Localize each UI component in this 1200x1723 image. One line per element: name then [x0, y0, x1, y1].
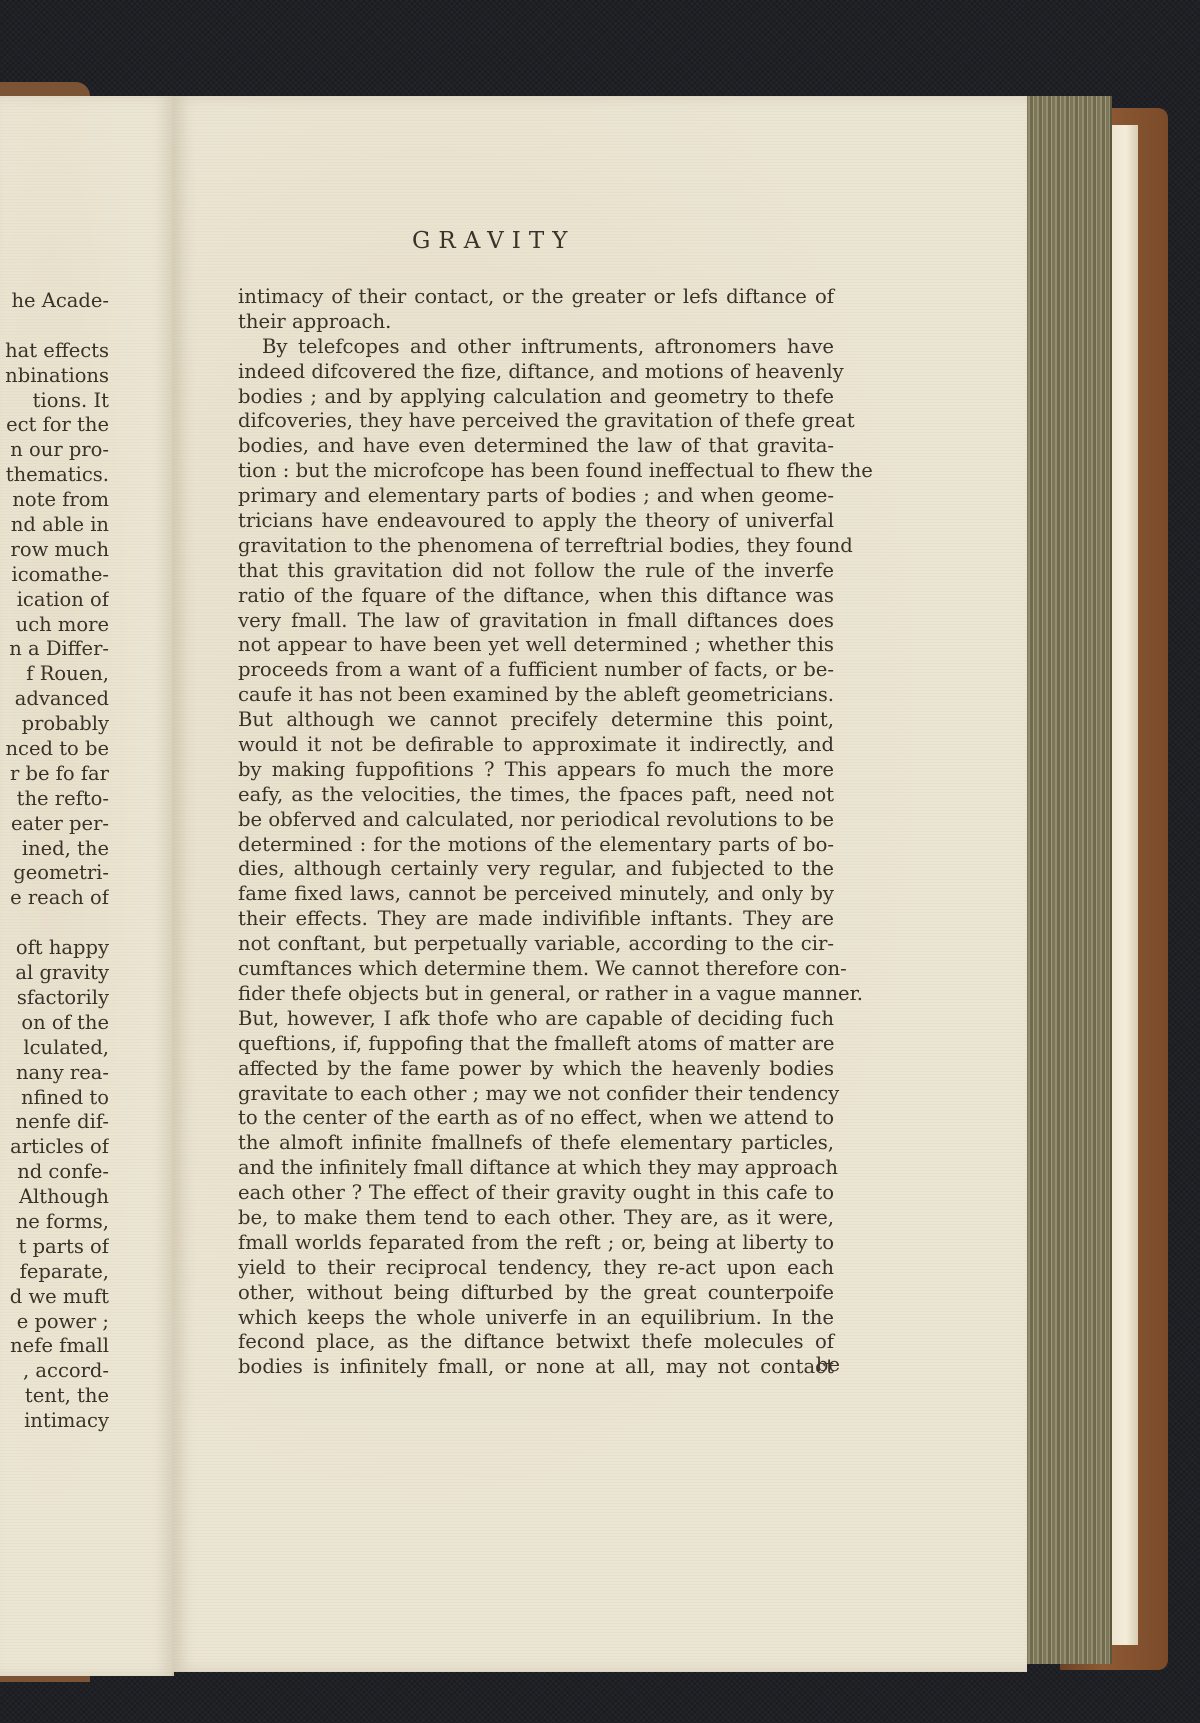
endpaper-edge — [1108, 125, 1138, 1645]
text-line: that this gravitation did not follow the… — [238, 559, 834, 584]
text-line: to the center of the earth as of no effe… — [238, 1106, 834, 1131]
left-page-line: nbinations — [0, 364, 109, 389]
text-line: dies, although certainly very regular, a… — [238, 857, 834, 882]
left-page-line: nced to be — [0, 737, 109, 762]
text-line: would it not be defirable to approximate… — [238, 733, 834, 758]
text-line: indeed difcovered the fize, diftance, an… — [238, 360, 834, 385]
left-page-line: hat effects — [0, 339, 109, 364]
text-line: bodies ; and by applying calculation and… — [238, 385, 834, 410]
text-line: cumftances which determine them. We cann… — [238, 957, 834, 982]
text-line: the almoft infinite fmallnefs of thefe e… — [238, 1131, 834, 1156]
left-page-line: Although — [0, 1185, 109, 1210]
left-page-line: nd confe- — [0, 1160, 109, 1185]
left-page-line: on of the — [0, 1011, 109, 1036]
left-page-line: ined, the — [0, 837, 109, 862]
text-line: affected by the fame power by which the … — [238, 1057, 834, 1082]
text-line: by making fuppofitions ? This appears fo… — [238, 758, 834, 783]
left-page-line: lculated, — [0, 1036, 109, 1061]
text-line: their approach. — [238, 310, 834, 335]
page-stack-edge — [1025, 96, 1112, 1664]
text-line: intimacy of their contact, or the greate… — [238, 285, 834, 310]
left-page-line: advanced — [0, 687, 109, 712]
left-page-line: uch more — [0, 613, 109, 638]
left-page-line: tions. It — [0, 389, 109, 414]
text-line: primary and elementary parts of bodies ;… — [238, 484, 834, 509]
left-page-line: t parts of — [0, 1235, 109, 1260]
left-page-line: n a Differ- — [0, 637, 109, 662]
left-page-line: n our pro- — [0, 438, 109, 463]
running-head: GRAVITY — [412, 228, 712, 254]
text-line: other, without being difturbed by the gr… — [238, 1281, 834, 1306]
left-page-line: al gravity — [0, 961, 109, 986]
text-line: bodies, and have even determined the law… — [238, 434, 834, 459]
left-page-line: icomathe- — [0, 563, 109, 588]
text-line: fame fixed laws, cannot be perceived min… — [238, 882, 834, 907]
left-page-line: nefe fmall — [0, 1334, 109, 1359]
body-text: intimacy of their contact, or the greate… — [238, 285, 834, 1380]
text-line: eafy, as the velocities, the times, the … — [238, 783, 834, 808]
left-page-line: feparate, — [0, 1260, 109, 1285]
text-line: fider thefe objects but in general, or r… — [238, 982, 834, 1007]
left-page-line: intimacy — [0, 1409, 109, 1434]
left-page-line: row much — [0, 538, 109, 563]
text-line: not appear to have been yet well determi… — [238, 633, 834, 658]
text-line: very fmall. The law of gravitation in fm… — [238, 609, 834, 634]
left-page-line — [0, 314, 109, 339]
text-line: and the infinitely fmall diftance at whi… — [238, 1156, 834, 1181]
left-page-line: nany rea- — [0, 1061, 109, 1086]
left-page-line: the refto- — [0, 787, 109, 812]
left-page-line: , accord- — [0, 1359, 109, 1384]
left-page-line: oft happy — [0, 936, 109, 961]
text-line: be obferved and calculated, nor periodic… — [238, 808, 834, 833]
left-page-line: eater per- — [0, 812, 109, 837]
text-line: their effects. They are made indivifible… — [238, 907, 834, 932]
text-line: each other ? The effect of their gravity… — [238, 1181, 834, 1206]
text-line: gravitate to each other ; may we not con… — [238, 1082, 834, 1107]
text-line: tion : but the microfcope has been found… — [238, 459, 834, 484]
text-line: By telefcopes and other inftruments, aft… — [238, 335, 834, 360]
left-page-line: e power ; — [0, 1310, 109, 1335]
catchword: be — [780, 1353, 840, 1376]
text-line: not conftant, but perpetually variable, … — [238, 932, 834, 957]
left-page-line: thematics. — [0, 463, 109, 488]
left-page-line: tent, the — [0, 1384, 109, 1409]
text-line: fmall worlds feparated from the reft ; o… — [238, 1231, 834, 1256]
text-line: difcoveries, they have perceived the gra… — [238, 409, 834, 434]
left-page-line: ication of — [0, 588, 109, 613]
left-page-text: he Acade-hat effectsnbinationstions. Ite… — [0, 289, 109, 1434]
text-line: determined : for the motions of the elem… — [238, 833, 834, 858]
left-page-line: ect for the — [0, 413, 109, 438]
left-page-line: d we muft — [0, 1285, 109, 1310]
left-page-line: sfactorily — [0, 986, 109, 1011]
text-line: proceeds from a want of a fufficient num… — [238, 658, 834, 683]
text-line: ratio of the fquare of the diftance, whe… — [238, 584, 834, 609]
text-line: queftions, if, fuppofing that the fmalle… — [238, 1032, 834, 1057]
left-page-line: r be fo far — [0, 762, 109, 787]
left-page-line — [0, 911, 109, 936]
text-line: fecond place, as the diftance betwixt th… — [238, 1330, 834, 1355]
left-page-line: he Acade- — [0, 289, 109, 314]
left-page-line: e reach of — [0, 886, 109, 911]
left-page-line: articles of — [0, 1135, 109, 1160]
left-page-line: nfined to — [0, 1086, 109, 1111]
text-line: bodies is infinitely fmall, or none at a… — [238, 1355, 834, 1380]
left-page-line: ne forms, — [0, 1210, 109, 1235]
left-page-line: nenfe dif- — [0, 1110, 109, 1135]
left-page-line: probably — [0, 712, 109, 737]
text-line: caufe it has not been examined by the ab… — [238, 683, 834, 708]
text-line: be, to make them tend to each other. The… — [238, 1206, 834, 1231]
left-page-line: note from — [0, 488, 109, 513]
text-line: gravitation to the phenomena of terreftr… — [238, 534, 834, 559]
text-line: which keeps the whole univerfe in an equ… — [238, 1306, 834, 1331]
left-page-line: f Rouen, — [0, 662, 109, 687]
text-line: yield to their reciprocal tendency, they… — [238, 1256, 834, 1281]
text-line: But, however, I afk thofe who are capabl… — [238, 1007, 834, 1032]
text-line: But although we cannot precifely determi… — [238, 708, 834, 733]
text-line: tricians have endeavoured to apply the t… — [238, 509, 834, 534]
left-page-line: nd able in — [0, 513, 109, 538]
left-page-line: geometri- — [0, 861, 109, 886]
